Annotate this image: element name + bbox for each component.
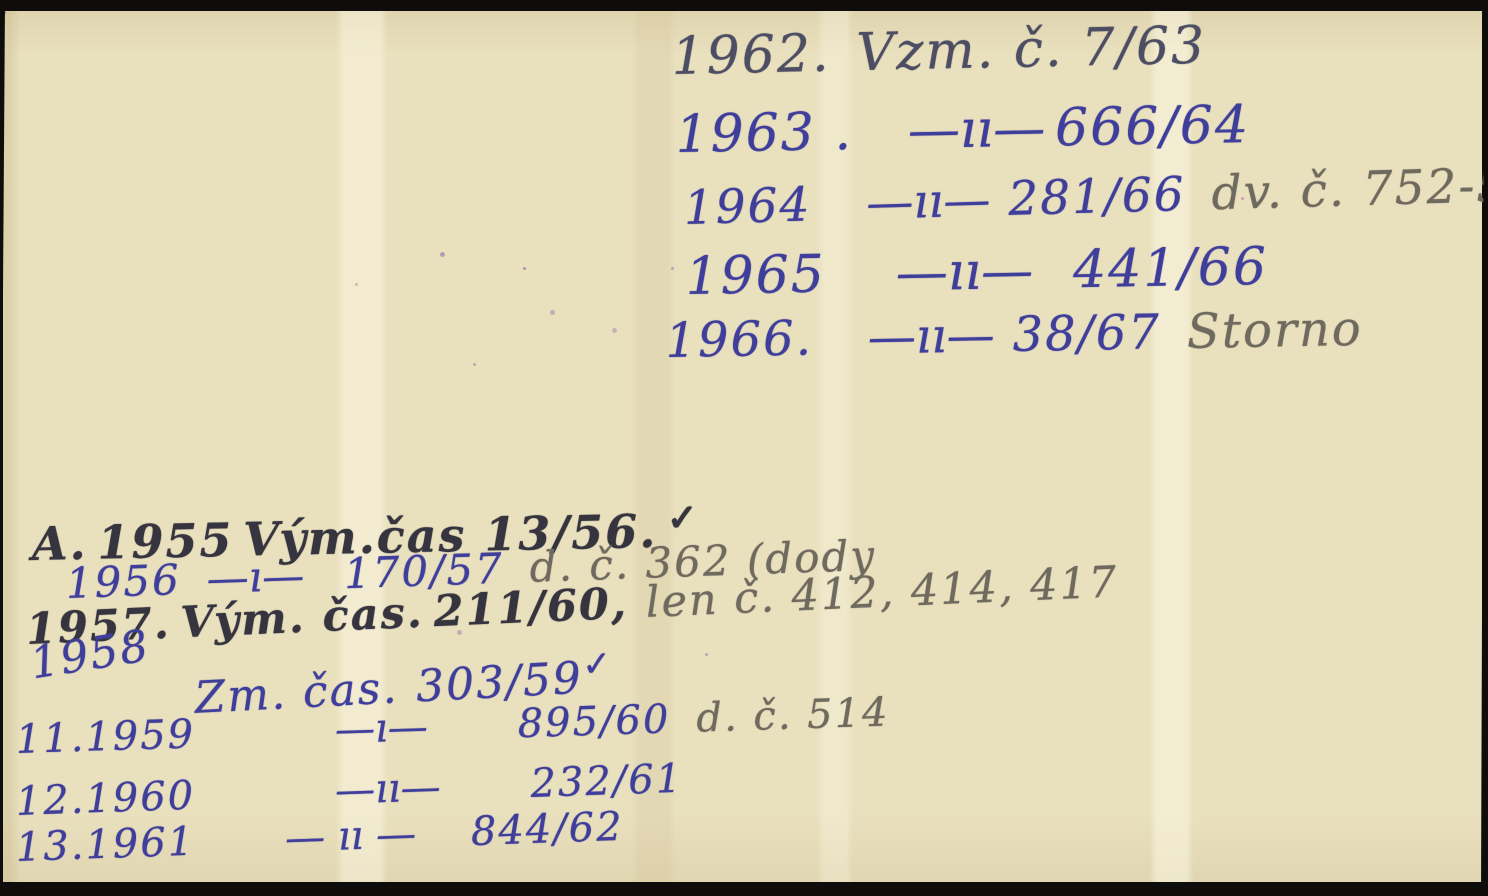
entry-number: 7/63: [1081, 16, 1207, 79]
entry-label: Vým. čas.: [180, 588, 425, 649]
entry-note-pencil: d. č. 514: [696, 690, 891, 742]
entry-year: 1963 .: [675, 102, 853, 165]
entry-label: Vzm. č.: [856, 19, 1064, 83]
entry-number: 895/60: [517, 696, 671, 747]
check-mark: ✓: [581, 643, 615, 686]
entry-number: 666/64: [1055, 95, 1251, 158]
entry-year: 1962.: [671, 24, 831, 87]
entry-line-1966: 1966.—ıı—38/67Storno: [665, 301, 1363, 369]
entry-number: 441/66: [1073, 237, 1269, 300]
scan-edge-right: [1481, 0, 1488, 896]
ditto-mark: —ıı—: [866, 172, 992, 230]
ditto-mark: —ıı—: [867, 307, 995, 365]
scanned-card-page: 1962.Vzm. č.7/63 1963 .—ıı—666/64 1964—ı…: [0, 0, 1488, 896]
entry-note-pencil: dv. č. 752-57: [1211, 157, 1488, 221]
check-mark: ✓: [666, 495, 700, 540]
entry-line-1962: 1962.Vzm. č.7/63: [671, 16, 1207, 87]
entry-number: 38/67: [1012, 304, 1161, 363]
ditto-mark: —ıı—: [334, 764, 441, 814]
ditto-mark: —ı—: [334, 704, 428, 753]
entry-year: 11.1959: [15, 711, 196, 763]
entry-year: 13.1961: [15, 819, 196, 871]
entry-note-pencil: Storno: [1186, 301, 1363, 360]
entry-line-1965: 1965—ıı—441/66: [685, 237, 1269, 307]
index-card: 1962.Vzm. č.7/63 1963 .—ıı—666/64 1964—ı…: [3, 11, 1482, 882]
entry-number: 232/61: [530, 756, 684, 807]
entry-line-1963: 1963 .—ıı—666/64: [675, 95, 1251, 165]
entry-year: 1966.: [665, 310, 813, 369]
ditto-mark: — ıı —: [284, 811, 417, 862]
entry-line-1964: 1964—ıı—281/66dv. č. 752-57: [683, 157, 1488, 236]
entry-number: 281/66: [1008, 167, 1187, 227]
entry-number: 211/60,: [433, 579, 629, 637]
ditto-mark: —ıı—: [895, 241, 1033, 303]
entry-year: 12.1960: [15, 773, 196, 825]
ditto-mark: —ıı—: [907, 99, 1045, 161]
entry-number: 844/62: [470, 804, 624, 855]
entry-year: 1964: [683, 177, 812, 236]
entry-year: 1965: [685, 245, 826, 307]
